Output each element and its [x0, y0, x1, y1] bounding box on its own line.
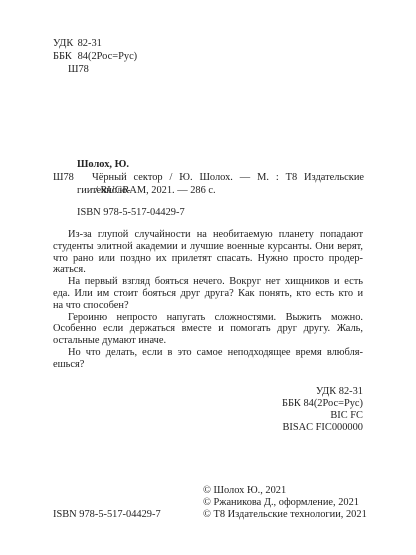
udk-label: УДК	[53, 37, 75, 50]
bottom-udk: УДК 82-31	[53, 386, 363, 398]
udk-value: 82-31	[78, 38, 102, 49]
annotation-line: Героиню непросто напугать сложностями. В…	[53, 312, 363, 324]
annotation-line: Но что делать, если в это самое неподход…	[53, 347, 363, 359]
annotation-paragraph-3: Героиню непросто напугать сложностями. В…	[53, 312, 363, 347]
card-author-sign: Ш78	[53, 171, 74, 184]
annotation-paragraph-2: На первый взгляд бояться нечего. Вокруг …	[53, 276, 363, 311]
copyright-author: © Шолох Ю., 2021	[203, 485, 367, 497]
annotation-line: ешься?	[53, 359, 363, 371]
isbn-top: ISBN 978-5-517-04429-7	[77, 206, 185, 219]
bbk-line: ББК 84(2Рос=Рус)	[53, 50, 137, 63]
catalog-card: Шолох, Ю. Ш78 Чёрный сектор / Ю. Шолох. …	[53, 158, 364, 197]
isbn-bottom: ISBN 978-5-517-04429-7	[53, 509, 161, 521]
annotation-paragraph-1: Из-за глупой случайности на необитаемую …	[53, 229, 363, 276]
annotation-block: Из-за глупой случайности на необитаемую …	[53, 229, 363, 371]
annotation-line: жаться.	[53, 264, 363, 276]
udk-line: УДК 82-31	[53, 37, 137, 50]
bottom-classification-block: УДК 82-31 ББК 84(2Рос=Рус) BIC FC BISAC …	[53, 386, 363, 434]
annotation-line: еда. Или им стоит бояться друг друга? Ка…	[53, 288, 363, 300]
bbk-label: ББК	[53, 50, 75, 63]
copyright-block: © Шолох Ю., 2021 © Ржаникова Д., оформле…	[203, 485, 367, 521]
annotation-line: На первый взгляд бояться нечего. Вокруг …	[53, 276, 363, 288]
annotation-paragraph-4: Но что делать, если в это самое неподход…	[53, 347, 363, 371]
author-heading: Шолох, Ю.	[53, 158, 364, 171]
imprint-page: УДК 82-31 ББК 84(2Рос=Рус) Ш78 Шолох, Ю.…	[0, 0, 416, 555]
copyright-designer: © Ржаникова Д., оформление, 2021	[203, 497, 367, 509]
annotation-line: что рано или поздно их прилетят спасать.…	[53, 253, 363, 265]
annotation-line: Из-за глупой случайности на необитаемую …	[53, 229, 363, 241]
annotation-line: студенты элитной академии и лучшие военн…	[53, 241, 363, 253]
author-sign-line: Ш78	[53, 63, 137, 76]
annotation-line: Особенно если держаться вместе и помогат…	[53, 323, 363, 335]
bic-code: BIC FC	[53, 410, 363, 422]
annotation-line: на что способен?	[53, 300, 363, 312]
bottom-bbk: ББК 84(2Рос=Рус)	[53, 398, 363, 410]
card-description-line-1: Ш78 Чёрный сектор / Ю. Шолох. — М. : Т8 …	[53, 171, 364, 184]
author-sign: Ш78	[68, 64, 89, 75]
top-classification-block: УДК 82-31 ББК 84(2Рос=Рус) Ш78	[53, 37, 137, 76]
bisac-code: BISAC FIC000000	[53, 422, 363, 434]
annotation-line: остальные думают иначе.	[53, 335, 363, 347]
bbk-value: 84(2Рос=Рус)	[78, 51, 138, 62]
copyright-publisher: © Т8 Издательские технологии, 2021	[203, 509, 367, 521]
